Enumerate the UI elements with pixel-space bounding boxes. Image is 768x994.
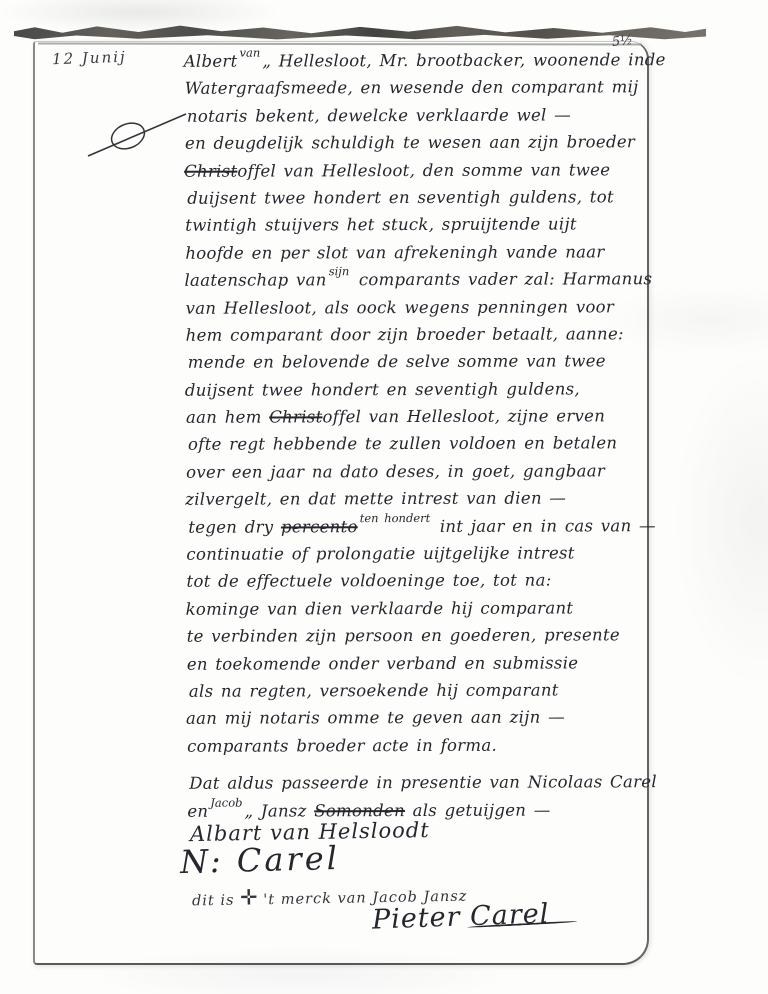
manuscript-line: kominge van dien verklaarde hij comparan… [186, 594, 647, 623]
manuscript-line: Albertvan„ Hellesloot, Mr. brootbacker, … [184, 46, 645, 75]
paraph-mark [86, 106, 190, 166]
manuscript-line: te verbinden zijn persoon en goederen, p… [187, 621, 647, 650]
manuscript-line: hem comparant door zijn broeder betaalt,… [186, 320, 646, 349]
manuscript-line: Watergraafsmeede, en wesende den compara… [185, 74, 645, 103]
manuscript-line: tegen dry percentoten hondert int jaar e… [188, 512, 646, 541]
manuscript-line: en deugdelijk schuldigh te wesen aan zij… [185, 128, 645, 157]
manuscript-line: notaris bekent, dewelcke verklaarde wel … [187, 101, 645, 130]
manuscript-line: comparants broeder acte in forma. [187, 731, 647, 760]
manuscript-line: continuatie of prolongatie uijtgelijke i… [186, 539, 646, 568]
manuscript-line: mende en belovende de selve somme van tw… [188, 347, 646, 376]
scan-top-edge [14, 24, 706, 40]
manuscript-line: twintigh stuijvers het stuck, spruijtend… [185, 211, 645, 240]
manuscript-line: als na regten, versoekende hij comparant [189, 676, 647, 705]
manuscript-line: tot de effectuele voldoeninge toe, tot n… [186, 567, 646, 596]
manuscript-line: van Hellesloot, als oock wegens penninge… [186, 293, 646, 322]
manuscript-line: Dat aldus passeerde in presentie van Nic… [189, 768, 647, 797]
scanned-manuscript-page: 12 Junij 5½ Albertvan„ Hellesloot, Mr. b… [0, 0, 768, 994]
manuscript-line: laatenschap vansijn comparants vader zal… [184, 265, 645, 294]
manuscript-line: aan mij notaris omme te geven aan zijn — [186, 704, 647, 733]
manuscript-line: hoofde en per slot van afrekeningh vande… [185, 238, 645, 267]
manuscript-line: ofte regt hebbende te zullen voldoen en … [188, 430, 646, 459]
manuscript-text: Albertvan„ Hellesloot, Mr. brootbacker, … [185, 46, 648, 825]
manuscript-line: duijsent twee hondert en seventigh gulde… [185, 375, 646, 404]
manuscript-line: Christoffel van Hellesloot, den somme va… [184, 156, 645, 185]
manuscript-line: duijsent twee hondert en seventigh gulde… [187, 183, 645, 212]
margin-date: 12 Junij [52, 48, 127, 69]
manuscript-line: aan hem Christoffel van Hellesloot, zijn… [186, 402, 646, 431]
manuscript-line: en toekomende onder verband en submissie [187, 649, 647, 678]
jacob-merck-pre: dit is [192, 893, 240, 910]
signature-n-carel: N: Carel [180, 839, 341, 881]
jacob-merck-mark-icon: ✛ [240, 885, 258, 909]
manuscript-line: over een jaar na dato deses, in goet, ga… [186, 457, 646, 486]
